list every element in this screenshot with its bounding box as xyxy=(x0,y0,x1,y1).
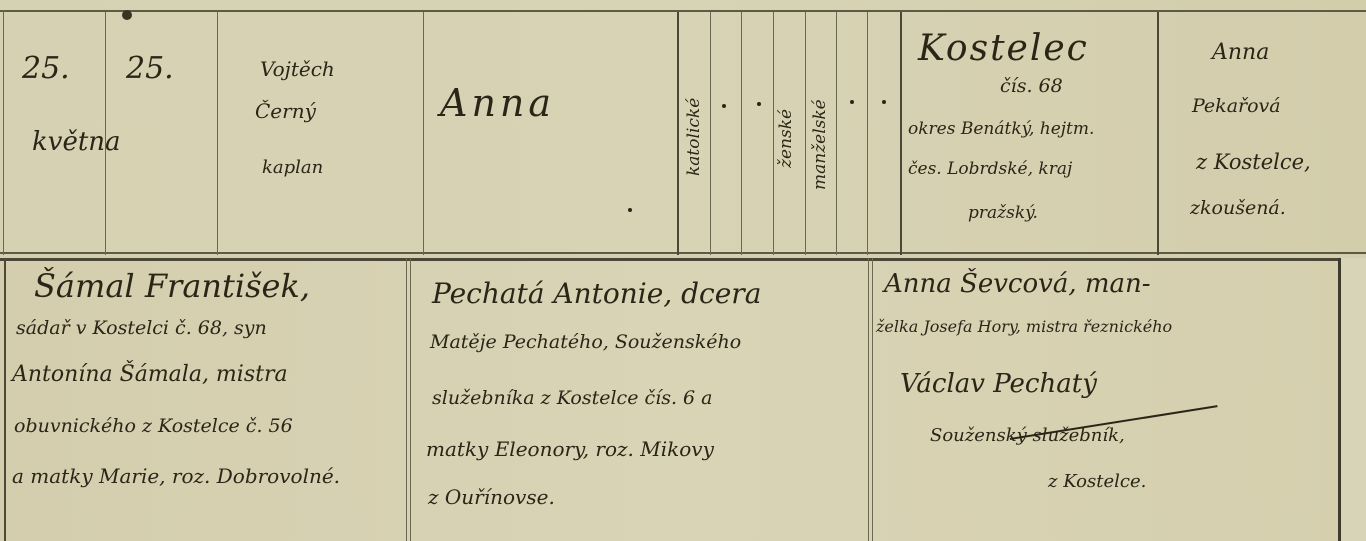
birth-day: 25. xyxy=(22,52,70,87)
birthplace-house-number: čís. 68 xyxy=(1000,76,1063,98)
mother-mother: matky Eleonory, roz. Mikovy xyxy=(426,438,714,461)
register-page: 25. 25. května Vojtěch Černý kaplan Anna… xyxy=(0,0,1366,541)
column-line xyxy=(867,12,868,255)
column-line xyxy=(741,12,742,255)
column-line xyxy=(3,10,4,255)
religion: katolické xyxy=(684,36,704,176)
birthplace-region: čes. Lobrdské, kraj xyxy=(908,160,1072,180)
mother-name: Pechatá Antonie, dcera xyxy=(432,278,761,310)
birthplace-province: pražský. xyxy=(968,204,1038,224)
column-line xyxy=(900,12,902,255)
mother-father: Matěje Pechatého, Souženského xyxy=(430,332,741,354)
officiant-first-name: Vojtěch xyxy=(260,58,335,81)
column-line xyxy=(773,12,774,255)
dot-mark xyxy=(882,100,886,104)
godmother-name: Anna Ševcová, man- xyxy=(884,270,1151,300)
sex: ženské xyxy=(776,48,796,168)
midwife-surname: Pekařová xyxy=(1192,96,1281,118)
bottom-row-top-line xyxy=(0,258,1366,261)
column-line xyxy=(423,12,424,255)
legitimacy: manželské xyxy=(810,30,830,190)
dot-mark xyxy=(628,208,632,212)
godfather-name: Václav Pechatý xyxy=(900,370,1097,400)
ink-blot xyxy=(122,10,132,20)
column-line xyxy=(710,12,711,255)
dot-mark xyxy=(757,102,761,106)
father-father: Antonína Šámala, mistra xyxy=(12,362,288,387)
mother-father-position: služebníka z Kostelce čís. 6 a xyxy=(432,388,712,410)
father-name: Šámal František, xyxy=(34,268,310,305)
column-line xyxy=(872,258,873,541)
mother-mother-origin: z Ouřínovse. xyxy=(428,486,555,509)
column-line xyxy=(805,12,806,255)
father-father-trade: obuvnického z Kostelce č. 56 xyxy=(14,416,293,438)
register-row-top xyxy=(0,0,1366,255)
midwife-first-name: Anna xyxy=(1212,40,1269,65)
godfather-town: z Kostelce. xyxy=(1048,472,1146,493)
midwife-town: z Kostelce, xyxy=(1196,150,1311,174)
page-edge-strip xyxy=(1338,258,1366,541)
dot-mark xyxy=(850,100,854,104)
birthplace-town: Kostelec xyxy=(918,28,1089,69)
top-border-line xyxy=(0,10,1366,12)
father-mother: a matky Marie, roz. Dobrovolné. xyxy=(12,465,340,488)
godmother-husband: želka Josefa Hory, mistra řeznického xyxy=(876,318,1172,336)
column-line xyxy=(410,258,411,541)
column-line xyxy=(677,12,679,255)
column-line xyxy=(406,258,407,541)
column-line xyxy=(1157,12,1159,255)
column-line xyxy=(836,12,837,255)
column-line xyxy=(868,258,869,541)
dot-mark xyxy=(722,104,726,108)
officiant-surname: Černý xyxy=(255,100,316,123)
row-divider-line xyxy=(0,252,1366,254)
midwife-qualification: zkoušená. xyxy=(1190,198,1286,220)
column-line xyxy=(217,12,218,255)
father-occupation: sádař v Kostelci č. 68, syn xyxy=(16,318,267,340)
birthplace-district: okres Benátký, hejtm. xyxy=(908,120,1094,140)
officiant-title: kaplan xyxy=(262,158,323,179)
baptism-day: 25. xyxy=(126,52,174,87)
month: května xyxy=(32,128,121,158)
child-name: Anna xyxy=(440,82,555,126)
column-line xyxy=(4,258,6,541)
